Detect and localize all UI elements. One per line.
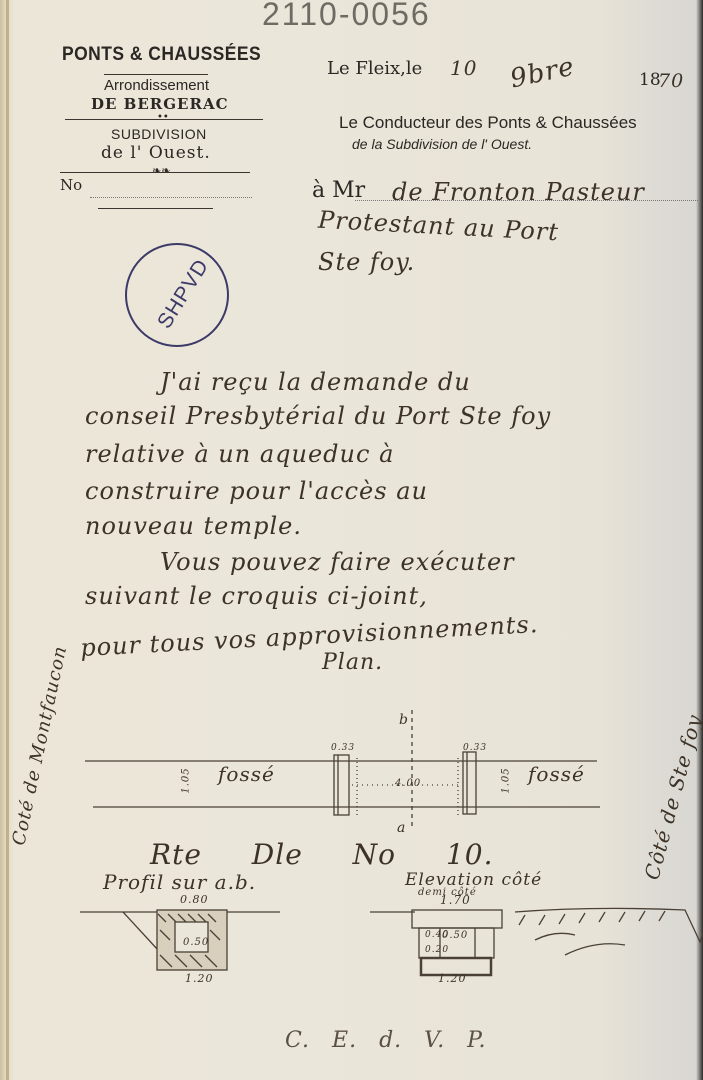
plan-annotation: Plan. xyxy=(322,650,383,675)
span-dimension: 4.00 xyxy=(395,778,421,789)
arrondissement-label: Arrondissement xyxy=(104,77,209,94)
sender-line-1: Le Conducteur des Ponts & Chaussées xyxy=(339,113,637,133)
number-label: No xyxy=(60,176,82,194)
number-field xyxy=(90,197,252,198)
elevation-footing: 0.20 xyxy=(425,945,449,955)
ditch-label-right: fossé xyxy=(528,762,585,786)
body-line-3: relative à un aqueduc à xyxy=(85,440,394,468)
letterhead-title: PONTS & CHAUSSÉES xyxy=(62,44,261,66)
body-line-6: Vous pouvez faire exécuter xyxy=(160,548,515,576)
elevation-bottom-width: 1.20 xyxy=(438,972,467,985)
width-dimension-right: 1.05 xyxy=(501,767,512,793)
page-binding-edge xyxy=(6,0,9,1080)
subdivision-label: SUBDIVISION xyxy=(111,126,207,142)
divider xyxy=(98,208,213,209)
axis-label-top: b xyxy=(399,712,409,728)
recipient-line-3: Ste foy. xyxy=(318,248,415,276)
body-line-2: conseil Presbytérial du Port Ste foy xyxy=(85,402,551,430)
elevation-top-width: 1.70 xyxy=(440,893,471,907)
elevation-opening: 0.50 xyxy=(442,930,468,941)
date-day: 10 xyxy=(450,56,477,80)
archive-reference: 2110-0056 xyxy=(262,0,431,33)
pier-width-right: 0.33 xyxy=(463,743,487,753)
divider xyxy=(104,74,208,75)
ditch-label-left: fossé xyxy=(218,762,275,786)
recipient-field xyxy=(355,200,700,201)
body-line-1: J'ai reçu la demande du xyxy=(160,368,471,396)
sender-line-2: de la Subdivision de l' Ouest. xyxy=(352,136,532,152)
stamp-text: SHPVD xyxy=(153,255,214,333)
body-line-4: construire pour l'accès au xyxy=(85,477,428,505)
profile-bottom-width: 1.20 xyxy=(185,972,214,985)
width-dimension-left: 1.05 xyxy=(181,767,192,793)
date-year-suffix: 70 xyxy=(658,70,684,92)
body-line-7: suivant le croquis ci-joint, xyxy=(85,582,428,610)
ornament: ❧❧ xyxy=(152,164,170,177)
arrondissement-name: DE BERGERAC xyxy=(91,95,229,113)
ornament: •• xyxy=(157,112,169,123)
subdivision-name: de l' Ouest. xyxy=(101,143,211,163)
archive-stamp: SHPVD xyxy=(125,243,229,347)
place-date-prefix: Le Fleix,le xyxy=(327,58,422,79)
body-line-5: nouveau temple. xyxy=(85,512,302,540)
axis-label-bottom: a xyxy=(397,820,406,836)
profile-top-width: 0.80 xyxy=(180,893,209,906)
closing-initials: C. E. d. V. P. xyxy=(285,1028,487,1053)
recipient-line-1: de Fronton Pasteur xyxy=(392,178,645,206)
profile-title: Profil sur a.b. xyxy=(103,870,256,894)
road-title: Rte Dle No 10. xyxy=(150,838,493,871)
elevation-cross-section xyxy=(365,900,703,980)
pier-width-left: 0.33 xyxy=(331,743,355,753)
plan-drawing xyxy=(0,700,703,840)
profile-opening-height: 0.50 xyxy=(183,937,209,948)
